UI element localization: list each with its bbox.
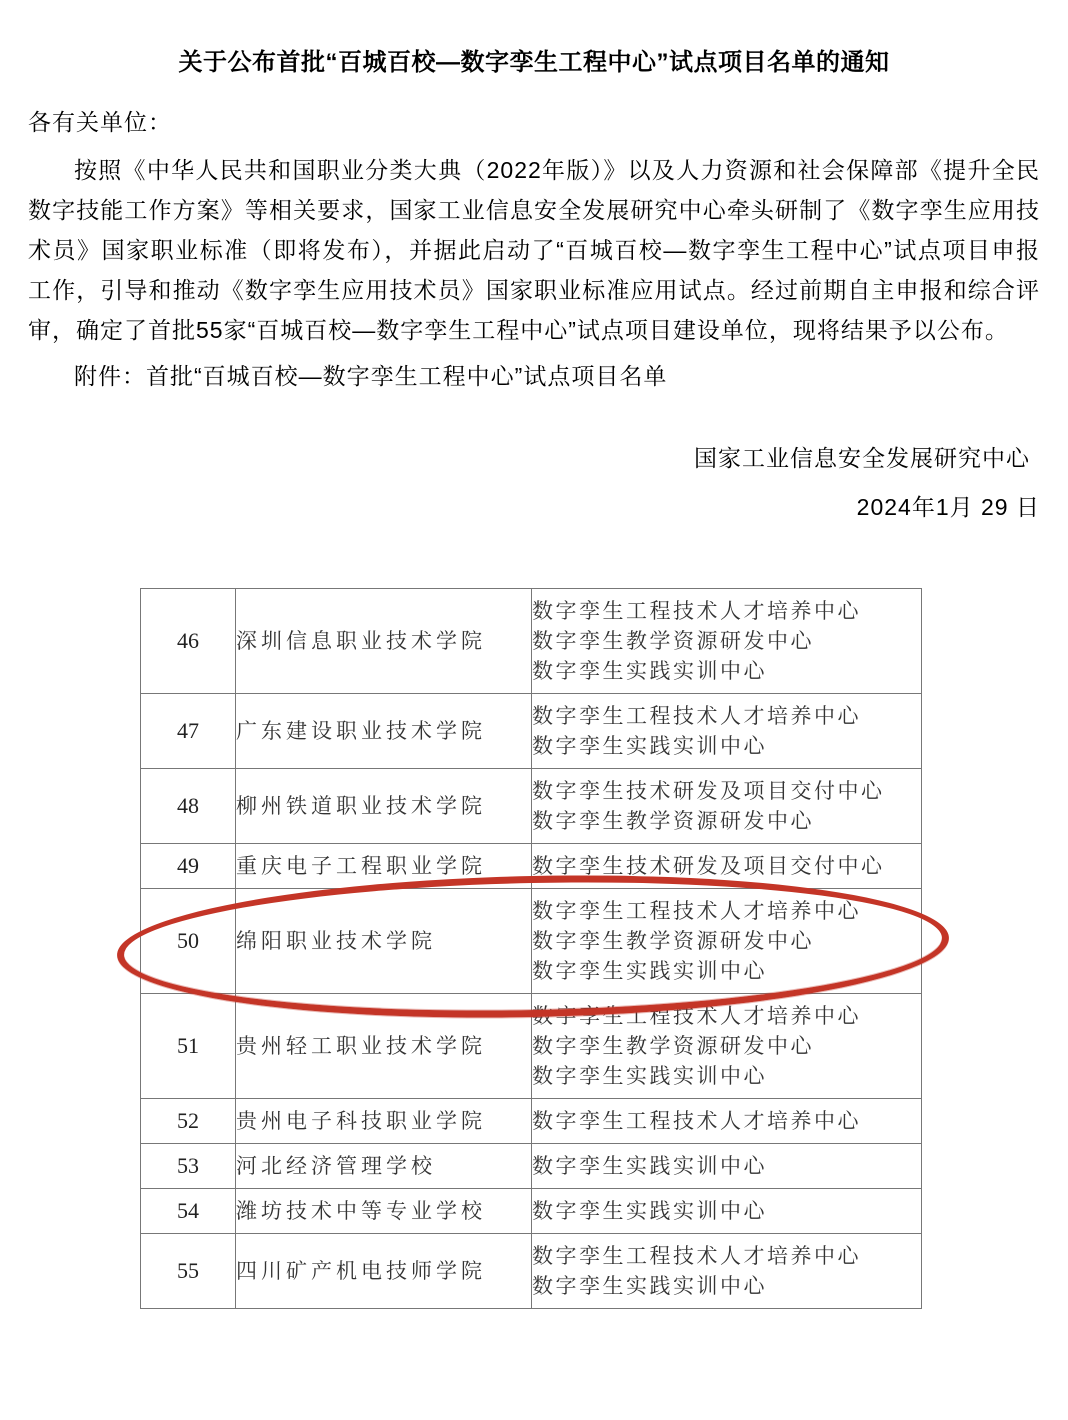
school-name-cell: 河北经济管理学校 bbox=[236, 1144, 532, 1189]
center-line: 数字孪生工程技术人才培养中心 bbox=[532, 1106, 921, 1136]
centers-cell: 数字孪生工程技术人才培养中心数字孪生教学资源研发中心数字孪生实践实训中心 bbox=[532, 589, 922, 694]
table-row: 47广东建设职业技术学院数字孪生工程技术人才培养中心数字孪生实践实训中心 bbox=[141, 694, 922, 769]
center-line: 数字孪生实践实训中心 bbox=[532, 731, 921, 761]
pilot-table: 46深圳信息职业技术学院数字孪生工程技术人才培养中心数字孪生教学资源研发中心数字… bbox=[140, 588, 922, 1309]
table-row: 48柳州铁道职业技术学院数字孪生技术研发及项目交付中心数字孪生教学资源研发中心 bbox=[141, 769, 922, 844]
row-number-cell: 55 bbox=[141, 1234, 236, 1309]
center-line: 数字孪生实践实训中心 bbox=[532, 1196, 921, 1226]
center-line: 数字孪生实践实训中心 bbox=[532, 956, 921, 986]
row-number-cell: 54 bbox=[141, 1189, 236, 1234]
center-line: 数字孪生教学资源研发中心 bbox=[532, 1031, 921, 1061]
table-row: 49重庆电子工程职业学院数字孪生技术研发及项目交付中心 bbox=[141, 844, 922, 889]
row-number-cell: 48 bbox=[141, 769, 236, 844]
center-line: 数字孪生实践实训中心 bbox=[532, 1271, 921, 1301]
centers-cell: 数字孪生实践实训中心 bbox=[532, 1144, 922, 1189]
center-line: 数字孪生实践实训中心 bbox=[532, 1061, 921, 1091]
signature-org: 国家工业信息安全发展研究中心 bbox=[28, 440, 1040, 473]
table-row: 50绵阳职业技术学院数字孪生工程技术人才培养中心数字孪生教学资源研发中心数字孪生… bbox=[141, 889, 922, 994]
row-number-cell: 51 bbox=[141, 994, 236, 1099]
center-line: 数字孪生工程技术人才培养中心 bbox=[532, 701, 921, 731]
centers-cell: 数字孪生工程技术人才培养中心数字孪生教学资源研发中心数字孪生实践实训中心 bbox=[532, 889, 922, 994]
centers-cell: 数字孪生实践实训中心 bbox=[532, 1189, 922, 1234]
school-name-cell: 重庆电子工程职业学院 bbox=[236, 844, 532, 889]
school-name-cell: 贵州轻工职业技术学院 bbox=[236, 994, 532, 1099]
centers-cell: 数字孪生工程技术人才培养中心数字孪生教学资源研发中心数字孪生实践实训中心 bbox=[532, 994, 922, 1099]
table-row: 53河北经济管理学校数字孪生实践实训中心 bbox=[141, 1144, 922, 1189]
center-line: 数字孪生教学资源研发中心 bbox=[532, 626, 921, 656]
table-row: 52贵州电子科技职业学院数字孪生工程技术人才培养中心 bbox=[141, 1099, 922, 1144]
signature-date: 2024年1月 29 日 bbox=[28, 489, 1040, 522]
attachment-line: 附件：首批“百城百校—数字孪生工程中心”试点项目名单 bbox=[28, 356, 1040, 396]
centers-cell: 数字孪生工程技术人才培养中心数字孪生实践实训中心 bbox=[532, 694, 922, 769]
centers-cell: 数字孪生技术研发及项目交付中心 bbox=[532, 844, 922, 889]
row-number-cell: 46 bbox=[141, 589, 236, 694]
notice-title: 关于公布首批“百城百校—数字孪生工程中心”试点项目名单的通知 bbox=[58, 46, 1010, 80]
school-name-cell: 贵州电子科技职业学院 bbox=[236, 1099, 532, 1144]
school-name-cell: 四川矿产机电技师学院 bbox=[236, 1234, 532, 1309]
row-number-cell: 47 bbox=[141, 694, 236, 769]
centers-cell: 数字孪生工程技术人才培养中心 bbox=[532, 1099, 922, 1144]
row-number-cell: 52 bbox=[141, 1099, 236, 1144]
table-row: 54潍坊技术中等专业学校数字孪生实践实训中心 bbox=[141, 1189, 922, 1234]
table-row: 51贵州轻工职业技术学院数字孪生工程技术人才培养中心数字孪生教学资源研发中心数字… bbox=[141, 994, 922, 1099]
table-row: 46深圳信息职业技术学院数字孪生工程技术人才培养中心数字孪生教学资源研发中心数字… bbox=[141, 589, 922, 694]
salutation: 各有关单位： bbox=[28, 106, 1040, 138]
table-row: 55四川矿产机电技师学院数字孪生工程技术人才培养中心数字孪生实践实训中心 bbox=[141, 1234, 922, 1309]
center-line: 数字孪生技术研发及项目交付中心 bbox=[532, 851, 921, 881]
center-line: 数字孪生技术研发及项目交付中心 bbox=[532, 776, 921, 806]
center-line: 数字孪生实践实训中心 bbox=[532, 656, 921, 686]
center-line: 数字孪生教学资源研发中心 bbox=[532, 806, 921, 836]
row-number-cell: 50 bbox=[141, 889, 236, 994]
body-paragraph: 按照《中华人民共和国职业分类大典（2022年版）》以及人力资源和社会保障部《提升… bbox=[28, 150, 1040, 350]
row-number-cell: 49 bbox=[141, 844, 236, 889]
center-line: 数字孪生工程技术人才培养中心 bbox=[532, 1001, 921, 1031]
center-line: 数字孪生工程技术人才培养中心 bbox=[532, 896, 921, 926]
school-name-cell: 潍坊技术中等专业学校 bbox=[236, 1189, 532, 1234]
centers-cell: 数字孪生工程技术人才培养中心数字孪生实践实训中心 bbox=[532, 1234, 922, 1309]
center-line: 数字孪生工程技术人才培养中心 bbox=[532, 596, 921, 626]
row-number-cell: 53 bbox=[141, 1144, 236, 1189]
pilot-table-body: 46深圳信息职业技术学院数字孪生工程技术人才培养中心数字孪生教学资源研发中心数字… bbox=[141, 589, 922, 1309]
school-name-cell: 深圳信息职业技术学院 bbox=[236, 589, 532, 694]
school-name-cell: 广东建设职业技术学院 bbox=[236, 694, 532, 769]
center-line: 数字孪生实践实训中心 bbox=[532, 1151, 921, 1181]
pilot-table-wrap: 46深圳信息职业技术学院数字孪生工程技术人才培养中心数字孪生教学资源研发中心数字… bbox=[140, 588, 918, 1309]
school-name-cell: 柳州铁道职业技术学院 bbox=[236, 769, 532, 844]
notice-document: 关于公布首批“百城百校—数字孪生工程中心”试点项目名单的通知 各有关单位： 按照… bbox=[0, 46, 1068, 1309]
centers-cell: 数字孪生技术研发及项目交付中心数字孪生教学资源研发中心 bbox=[532, 769, 922, 844]
school-name-cell: 绵阳职业技术学院 bbox=[236, 889, 532, 994]
center-line: 数字孪生教学资源研发中心 bbox=[532, 926, 921, 956]
center-line: 数字孪生工程技术人才培养中心 bbox=[532, 1241, 921, 1271]
